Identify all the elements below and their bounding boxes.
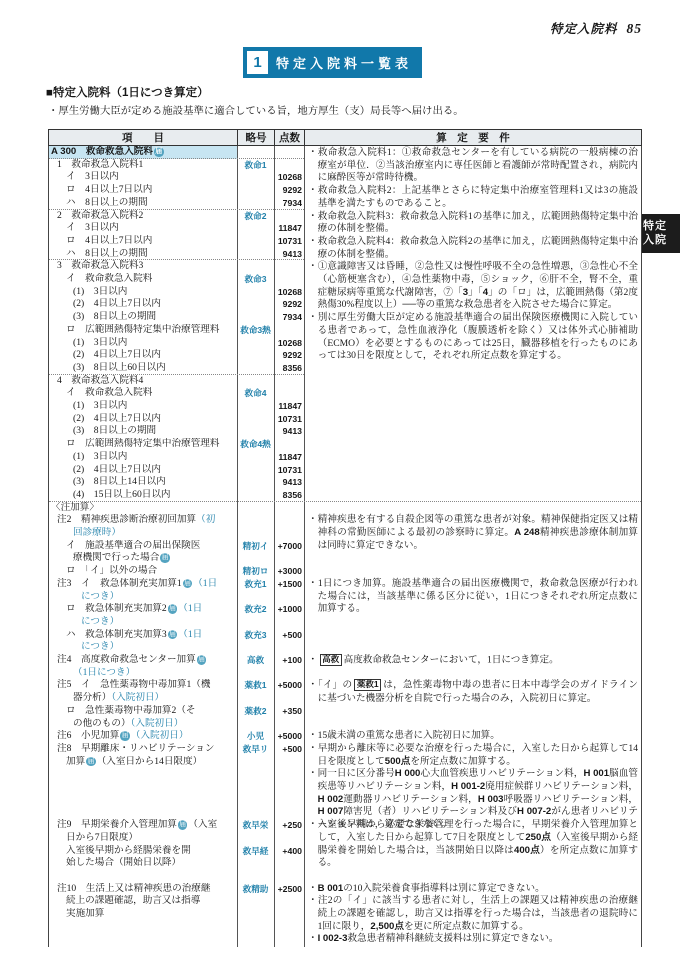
points-cell: +350 [274, 705, 304, 718]
table-row: 始した場合（開始日以降） [49, 857, 641, 870]
text-segment: につき） [81, 641, 119, 652]
item-cell: 器分析）（入院初日） [49, 692, 237, 705]
points-cell [274, 324, 304, 337]
text-segment: 2,500点 [370, 921, 404, 932]
item-cell: ロ 急性薬毒物中毒加算2（そ [49, 705, 237, 718]
todoke-badge-icon: 届 [197, 655, 207, 665]
todoke-badge-icon: 届 [183, 579, 193, 589]
section-number-box: 1 [247, 51, 268, 74]
points-cell: +5000 [274, 730, 304, 743]
abbr-cell [237, 222, 274, 235]
text-segment: 始した場合（開始日以降） [66, 857, 181, 868]
table-header-row: 項 目 略号 点数 算 定 要 件 [48, 129, 642, 146]
points-cell [274, 616, 304, 629]
table-row: (3) 8日以上の期間9413 [49, 425, 641, 438]
item-cell: (1) 3日以内 [49, 400, 237, 413]
points-cell: +1500 [274, 578, 304, 591]
table-row: （1日につき） [49, 667, 641, 680]
text-segment: 呼吸器リハビリテーション料， [504, 794, 638, 805]
item-cell: につき） [49, 641, 237, 654]
abbr-cell [237, 184, 274, 197]
abbr-cell [237, 425, 274, 438]
text-segment: （1日につき） [73, 667, 135, 678]
item-cell: 実施加算 [49, 908, 237, 921]
points-cell [274, 527, 304, 540]
item-cell: 注10 生活上又は精神疾患の治療継 [49, 883, 237, 896]
text-segment: 4 救命救急入院料4 [57, 375, 143, 386]
text-segment: 注4 高度救命救急センター加算 [57, 654, 196, 665]
text-segment: ・同一日に区分番号 [308, 768, 395, 779]
abbr-cell [237, 692, 274, 705]
table-row: 療機関で行った場合届 [49, 552, 641, 565]
text-segment: 廃用症候群リハビリテーション料， [485, 781, 638, 792]
text-segment: （入院初日） [131, 730, 189, 741]
item-cell: （1日につき） [49, 667, 237, 680]
text-segment: (3) 8日以上14日以内 [73, 476, 166, 487]
column-header-requirements: 算 定 要 件 [304, 130, 641, 145]
text-segment: 入室後早期から経腸栄養を開 [66, 845, 191, 856]
points-cell [274, 552, 304, 565]
text-segment: 心大血管疾患リハビリテーション料， [420, 768, 583, 779]
points-cell [274, 387, 304, 400]
table-row: 〈注加算〉 [49, 502, 641, 515]
abbr-cell: 救命4 [237, 387, 274, 400]
text-segment: （1日 [193, 578, 217, 589]
table-row: ハ 救急体制充実加算3届（1日救充3+500 [49, 629, 641, 642]
table-row: 注10 生活上又は精神疾患の治療継救精助+2500 [49, 883, 641, 896]
abbr-cell: 救充1 [237, 578, 274, 591]
points-cell [274, 718, 304, 731]
table-row: イ 救命救急入院料救命4 [49, 387, 641, 400]
abbr-cell [237, 476, 274, 489]
text-segment: 器分析） [73, 692, 111, 703]
item-cell: 注8 早期離床・リハビリテーション [49, 743, 237, 756]
points-cell: 10268 [274, 286, 304, 299]
abbr-cell [237, 895, 274, 908]
text-segment: につき） [81, 591, 119, 602]
text-segment: (1) 3日以内 [73, 337, 127, 348]
item-cell: につき） [49, 616, 237, 629]
points-cell: +250 [274, 819, 304, 832]
abbr-cell: 救命4熱 [237, 438, 274, 451]
text-segment: 注6 小児加算 [57, 730, 119, 741]
section-heading: ■特定入院料（1日につき算定） [46, 84, 209, 100]
item-cell: ロ 広範囲熱傷特定集中治療管理料 [49, 324, 237, 337]
item-cell: の他のもの）（入院初日） [49, 718, 237, 731]
points-cell: 9292 [274, 349, 304, 362]
table-row: イ 3日以内10268 [49, 171, 641, 184]
text-segment: 〈注加算〉 [51, 502, 99, 513]
abbr-cell: 救命3熱 [237, 324, 274, 337]
item-cell: ロ 「イ」以外の場合 [49, 565, 237, 578]
item-cell: ロ 4日以上7日以内 [49, 184, 237, 197]
item-cell: 3 救命救急入院料3 [49, 260, 237, 273]
abbr-cell: 高救 [237, 654, 274, 667]
points-cell: +500 [274, 743, 304, 756]
todoke-badge-icon: 届 [168, 604, 178, 614]
abbr-cell: 救早栄 [237, 819, 274, 832]
text-segment: 注8 早期離床・リハビリテーション [57, 743, 214, 754]
points-cell [274, 159, 304, 172]
item-cell: 続上の課題確認，助言又は指導 [49, 895, 237, 908]
text-segment: 日から7日限度） [66, 832, 138, 843]
abbr-cell: 精初ロ [237, 565, 274, 578]
text-segment: 2 救命救急入院料2 [57, 210, 143, 221]
table-row: (2) 4日以上7日以内10731 [49, 413, 641, 426]
abbr-cell: 薬救2 [237, 705, 274, 718]
table-row: イ 救命救急入院料救命3 [49, 273, 641, 286]
item-cell: 入室後早期から経腸栄養を開 [49, 845, 237, 858]
table-row: 注4 高度救命救急センター加算届高救+100 [49, 654, 641, 667]
table-row: 続上の課題確認，助言又は指導 [49, 895, 641, 908]
text-segment: イ 施設基準適合の届出保険医 [66, 540, 200, 551]
table-row: 入室後早期から経腸栄養を開救早経+400 [49, 845, 641, 858]
text-segment: 救急患者精神科継続支援料は別に算定できない。 [347, 933, 558, 944]
text-segment: 障害児（者）リハビリテーション料及び [343, 806, 517, 817]
page-header: 特定入院料85 [550, 19, 642, 37]
points-cell: 10731 [274, 413, 304, 426]
points-cell: 10731 [274, 235, 304, 248]
item-cell: につき） [49, 591, 237, 604]
table-row: 注2 精神疾患診断治療初回加算（初 [49, 514, 641, 527]
fee-table: 項 目 略号 点数 算 定 要 件 ・救命救急入院料1：①救命救急センターを有し… [48, 129, 642, 947]
text-segment: ロ 急性薬毒物中毒加算2（そ [66, 705, 196, 716]
item-cell: 日から7日限度） [49, 832, 237, 845]
table-row: につき） [49, 616, 641, 629]
table-row: (2) 4日以上7日以内9292 [49, 349, 641, 362]
item-cell: (3) 8日以上14日以内 [49, 476, 237, 489]
text-segment: (3) 8日以上60日以内 [73, 362, 166, 373]
points-cell [274, 514, 304, 527]
points-cell [274, 210, 304, 223]
text-segment: H 007-2 [517, 806, 551, 817]
table-row: ロ 4日以上7日以内9292 [49, 184, 641, 197]
abbr-cell: 救早経 [237, 845, 274, 858]
table-row: ロ 急性薬毒物中毒加算2（そ薬救2+350 [49, 705, 641, 718]
todoke-badge-icon: 届 [154, 147, 164, 157]
abbr-cell [237, 667, 274, 680]
table-row: (1) 3日以内11847 [49, 400, 641, 413]
text-segment: 注9 早期栄養介入管理加算 [57, 819, 177, 830]
abbr-cell [237, 514, 274, 527]
table-row: 注9 早期栄養介入管理加算届（入室救早栄+250 [49, 819, 641, 832]
item-cell: 1 救命救急入院料1 [49, 159, 237, 172]
text-segment: 注2 精神疾患診断治療初回加算 [57, 514, 196, 525]
column-header-item: 項 目 [49, 130, 237, 145]
text-segment: （入室日から14日限度） [97, 756, 203, 767]
item-cell: 4 救命救急入院料4 [49, 375, 237, 388]
text-segment: H 001-2 [451, 781, 485, 792]
item-cell: 始した場合（開始日以降） [49, 857, 237, 870]
title-banner: 1 特定入院料一覧表 [243, 47, 422, 78]
text-segment: 1 救命救急入院料1 [57, 159, 143, 170]
item-cell: (3) 8日以上の期間 [49, 425, 237, 438]
text-segment: 実施加算 [66, 908, 104, 919]
points-cell [274, 641, 304, 654]
table-row: 加算届（入室日から14日限度） [49, 756, 641, 769]
table-row: 実施加算 [49, 908, 641, 921]
abbr-cell [237, 756, 274, 769]
table-row: の他のもの）（入院初日） [49, 718, 641, 731]
text-segment: （初 [196, 514, 215, 525]
points-cell [274, 273, 304, 286]
item-cell: 注9 早期栄養介入管理加算届（入室 [49, 819, 237, 832]
text-segment: (1) 3日以内 [73, 451, 127, 462]
points-cell: 11847 [274, 451, 304, 464]
item-cell: 回診療時） [49, 527, 237, 540]
table-row: 2 救命救急入院料2救命2 [49, 210, 641, 223]
abbr-cell: 救充3 [237, 629, 274, 642]
item-cell: (2) 4日以上7日以内 [49, 349, 237, 362]
abbr-cell: 救命1 [237, 159, 274, 172]
item-cell: 加算届（入室日から14日限度） [49, 756, 237, 769]
table-row: (2) 4日以上7日以内9292 [49, 298, 641, 311]
item-cell: イ 救命救急入院料 [49, 273, 237, 286]
points-cell [274, 667, 304, 680]
text-segment: ロ 「イ」以外の場合 [66, 565, 157, 576]
abbr-cell [237, 311, 274, 324]
text-segment: 回診療時） [73, 527, 121, 538]
table-row: イ 3日以内11847 [49, 222, 641, 235]
req-paragraph: ・I 002-3救急患者精神科継続支援料は別に算定できない。 [308, 933, 638, 946]
item-cell: 注6 小児加算届（入院初日） [49, 730, 237, 743]
item-cell: イ 施設基準適合の届出保険医 [49, 540, 237, 553]
abbr-cell [237, 616, 274, 629]
text-segment: (2) 4日以上7日以内 [73, 413, 161, 424]
text-segment: 注10 生活上又は精神疾患の治療継 [57, 883, 211, 894]
text-segment: ハ 8日以上の期間 [66, 248, 148, 259]
table-row: 回診療時） [49, 527, 641, 540]
text-segment: ロ 救急体制充実加算2 [66, 603, 167, 614]
text-segment: ロ 広範囲熱傷特定集中治療管理料 [66, 438, 220, 449]
table-row: (1) 3日以内11847 [49, 451, 641, 464]
text-segment: （1日 [178, 603, 202, 614]
points-cell: +2500 [274, 883, 304, 896]
abbr-cell: 救精助 [237, 883, 274, 896]
points-cell [274, 502, 304, 515]
item-cell: ロ 広範囲熱傷特定集中治療管理料 [49, 438, 237, 451]
table-row: ロ 広範囲熱傷特定集中治療管理料救命3熱 [49, 324, 641, 337]
points-cell [274, 438, 304, 451]
abbr-cell [237, 641, 274, 654]
text-segment: イ 救命救急入院料 [66, 273, 152, 284]
item-cell: (1) 3日以内 [49, 337, 237, 350]
todoke-badge-icon: 届 [178, 820, 188, 830]
text-segment: (1) 3日以内 [73, 286, 127, 297]
table-row: 注6 小児加算届（入院初日）小児+5000 [49, 730, 641, 743]
abbr-cell [237, 552, 274, 565]
text-segment: ロ 広範囲熱傷特定集中治療管理料 [66, 324, 220, 335]
text-segment: （入室 [188, 819, 217, 830]
table-row: 注5 イ 急性薬毒物中毒加算1（機薬救1+5000 [49, 679, 641, 692]
table-row: ロ 救急体制充実加算2届（1日救充2+1000 [49, 603, 641, 616]
points-cell [274, 260, 304, 273]
abbr-cell: 救充2 [237, 603, 274, 616]
text-segment: 注5 イ 急性薬毒物中毒加算1（機 [57, 679, 211, 690]
points-cell [274, 832, 304, 845]
table-row: ロ 広範囲熱傷特定集中治療管理料救命4熱 [49, 438, 641, 451]
points-cell: 9292 [274, 298, 304, 311]
table-row: (1) 3日以内10268 [49, 286, 641, 299]
side-tab-label-2: 入院 [643, 234, 667, 248]
abbr-cell [237, 260, 274, 273]
abbr-cell: 救早リ [237, 743, 274, 756]
text-segment: I 002-3 [318, 933, 348, 944]
text-segment: 運動器リハビリテーション料， [343, 794, 478, 805]
points-cell: 11847 [274, 400, 304, 413]
abbr-cell [237, 286, 274, 299]
todoke-badge-icon: 届 [86, 757, 96, 767]
table-body: ・救命救急入院料1：①救命救急センターを有している病院の一般病棟の治療室が単位．… [48, 146, 642, 947]
table-row: (1) 3日以内10268 [49, 337, 641, 350]
text-segment: ロ 4日以上7日以内 [66, 184, 152, 195]
text-segment: (1) 3日以内 [73, 400, 127, 411]
text-segment: H 003 [478, 794, 504, 805]
item-cell: 注3 イ 救急体制充実加算1届（1日 [49, 578, 237, 591]
points-cell: +400 [274, 845, 304, 858]
abbr-cell [237, 527, 274, 540]
book-page: 特定入院料85 1 特定入院料一覧表 ■特定入院料（1日につき算定） ・厚生労働… [0, 0, 680, 960]
text-segment: 注3 イ 救急体制充実加算1 [57, 578, 182, 589]
abbr-cell [237, 502, 274, 515]
table-row: 日から7日限度） [49, 832, 641, 845]
page-header-title: 特定入院料 [550, 22, 618, 36]
table-row: 4 救命救急入院料4 [49, 375, 641, 388]
points-cell: +7000 [274, 540, 304, 553]
abbr-cell: 精初イ [237, 540, 274, 553]
table-row: (3) 8日以上14日以内9413 [49, 476, 641, 489]
points-cell [274, 375, 304, 388]
text-segment: 加算 [66, 756, 85, 767]
item-cell: 注4 高度救命救急センター加算届 [49, 654, 237, 667]
points-cell [274, 857, 304, 870]
points-cell: 9413 [274, 476, 304, 489]
item-cell: 〈注加算〉 [49, 502, 237, 515]
table-row: (2) 4日以上7日以内10731 [49, 464, 641, 477]
text-segment: イ 3日以内 [66, 222, 119, 233]
points-cell [274, 895, 304, 908]
page-title: 特定入院料一覧表 [276, 53, 412, 72]
points-cell: +3000 [274, 565, 304, 578]
text-segment: A 300 救命救急入院料 [51, 146, 153, 157]
points-cell: 9413 [274, 425, 304, 438]
text-segment: イ 救命救急入院料 [66, 387, 152, 398]
points-cell: 10268 [274, 337, 304, 350]
text-segment: ハ 救急体制充実加算3 [66, 629, 167, 640]
side-tab-label-1: 特定 [643, 220, 667, 234]
column-header-points: 点数 [274, 130, 304, 145]
points-cell: 10268 [274, 171, 304, 184]
text-segment: イ 3日以内 [66, 171, 119, 182]
table-row: 器分析）（入院初日） [49, 692, 641, 705]
text-segment: H 007 [318, 806, 344, 817]
text-segment: （1日 [178, 629, 202, 640]
abbr-cell [237, 400, 274, 413]
item-cell: イ 3日以内 [49, 222, 237, 235]
abbr-cell: 救命2 [237, 210, 274, 223]
abbr-cell [237, 451, 274, 464]
text-segment: (3) 8日以上の期間 [73, 425, 156, 436]
item-cell: ハ 救急体制充実加算3届（1日 [49, 629, 237, 642]
abbr-cell [237, 591, 274, 604]
item-cell: (3) 8日以上の期間 [49, 311, 237, 324]
abbr-cell: 救命3 [237, 273, 274, 286]
table-row: イ 施設基準適合の届出保険医精初イ+7000 [49, 540, 641, 553]
abbr-cell [237, 857, 274, 870]
points-cell: 9292 [274, 184, 304, 197]
text-segment: ・ [308, 933, 318, 944]
todoke-badge-icon: 届 [120, 731, 130, 741]
abbr-cell [237, 464, 274, 477]
item-cell: (1) 3日以内 [49, 286, 237, 299]
points-cell: 10731 [274, 464, 304, 477]
table-row: 注3 イ 救急体制充実加算1届（1日救充1+1500 [49, 578, 641, 591]
table-row: 1 救命救急入院料1救命1 [49, 159, 641, 172]
item-cell: イ 3日以内 [49, 171, 237, 184]
text-segment: を更に所定点数に加算する。 [404, 921, 529, 932]
text-segment: 療機関で行った場合 [73, 552, 159, 563]
table-row: につき） [49, 641, 641, 654]
text-segment: (2) 4日以上7日以内 [73, 298, 161, 309]
points-cell [274, 591, 304, 604]
table-row: 注8 早期離床・リハビリテーション救早リ+500 [49, 743, 641, 756]
text-segment: (4) 15日以上60日以内 [73, 489, 171, 500]
points-cell: 11847 [274, 222, 304, 235]
text-segment: H 000 [395, 768, 421, 779]
table-row: につき） [49, 591, 641, 604]
item-cell: 2 救命救急入院料2 [49, 210, 237, 223]
text-segment: H 001 [583, 768, 609, 779]
todoke-badge-icon: 届 [168, 630, 178, 640]
page-number: 85 [627, 21, 643, 36]
item-cell: (1) 3日以内 [49, 451, 237, 464]
item-cell: 注5 イ 急性薬毒物中毒加算1（機 [49, 679, 237, 692]
item-cell: ロ 救急体制充実加算2届（1日 [49, 603, 237, 616]
abbr-cell [237, 235, 274, 248]
abbr-cell [237, 413, 274, 426]
text-segment: ハ 8日以上の期間 [66, 197, 148, 208]
intro-note: ・厚生労働大臣が定める施設基準に適合している旨，地方厚生（支）局長等へ届け出る。 [48, 102, 464, 117]
text-segment: （入院初日） [131, 718, 184, 729]
text-segment: につき） [81, 616, 119, 627]
text-segment: (2) 4日以上7日以内 [73, 349, 161, 360]
text-segment: H 002 [318, 794, 344, 805]
abbr-cell [237, 171, 274, 184]
item-cell: (2) 4日以上7日以内 [49, 413, 237, 426]
table-row: (3) 8日以上の期間7934 [49, 311, 641, 324]
points-cell: +5000 [274, 679, 304, 692]
abbr-cell [237, 832, 274, 845]
text-segment: (2) 4日以上7日以内 [73, 464, 161, 475]
todoke-badge-icon: 届 [160, 553, 170, 563]
points-cell [274, 692, 304, 705]
item-cell: 療機関で行った場合届 [49, 552, 237, 565]
abbr-cell [237, 375, 274, 388]
item-cell: イ 救命救急入院料 [49, 387, 237, 400]
abbr-cell [237, 337, 274, 350]
item-cell: (2) 4日以上7日以内 [49, 464, 237, 477]
abbr-cell [237, 718, 274, 731]
abbr-cell: 小児 [237, 730, 274, 743]
item-cell: (2) 4日以上7日以内 [49, 298, 237, 311]
table-row: ロ 「イ」以外の場合精初ロ+3000 [49, 565, 641, 578]
points-cell [274, 908, 304, 921]
points-cell: +500 [274, 629, 304, 642]
abbr-cell [237, 349, 274, 362]
text-segment: 続上の課題確認，助言又は指導 [66, 895, 200, 906]
item-cell: 注2 精神疾患診断治療初回加算（初 [49, 514, 237, 527]
points-cell: 7934 [274, 311, 304, 324]
